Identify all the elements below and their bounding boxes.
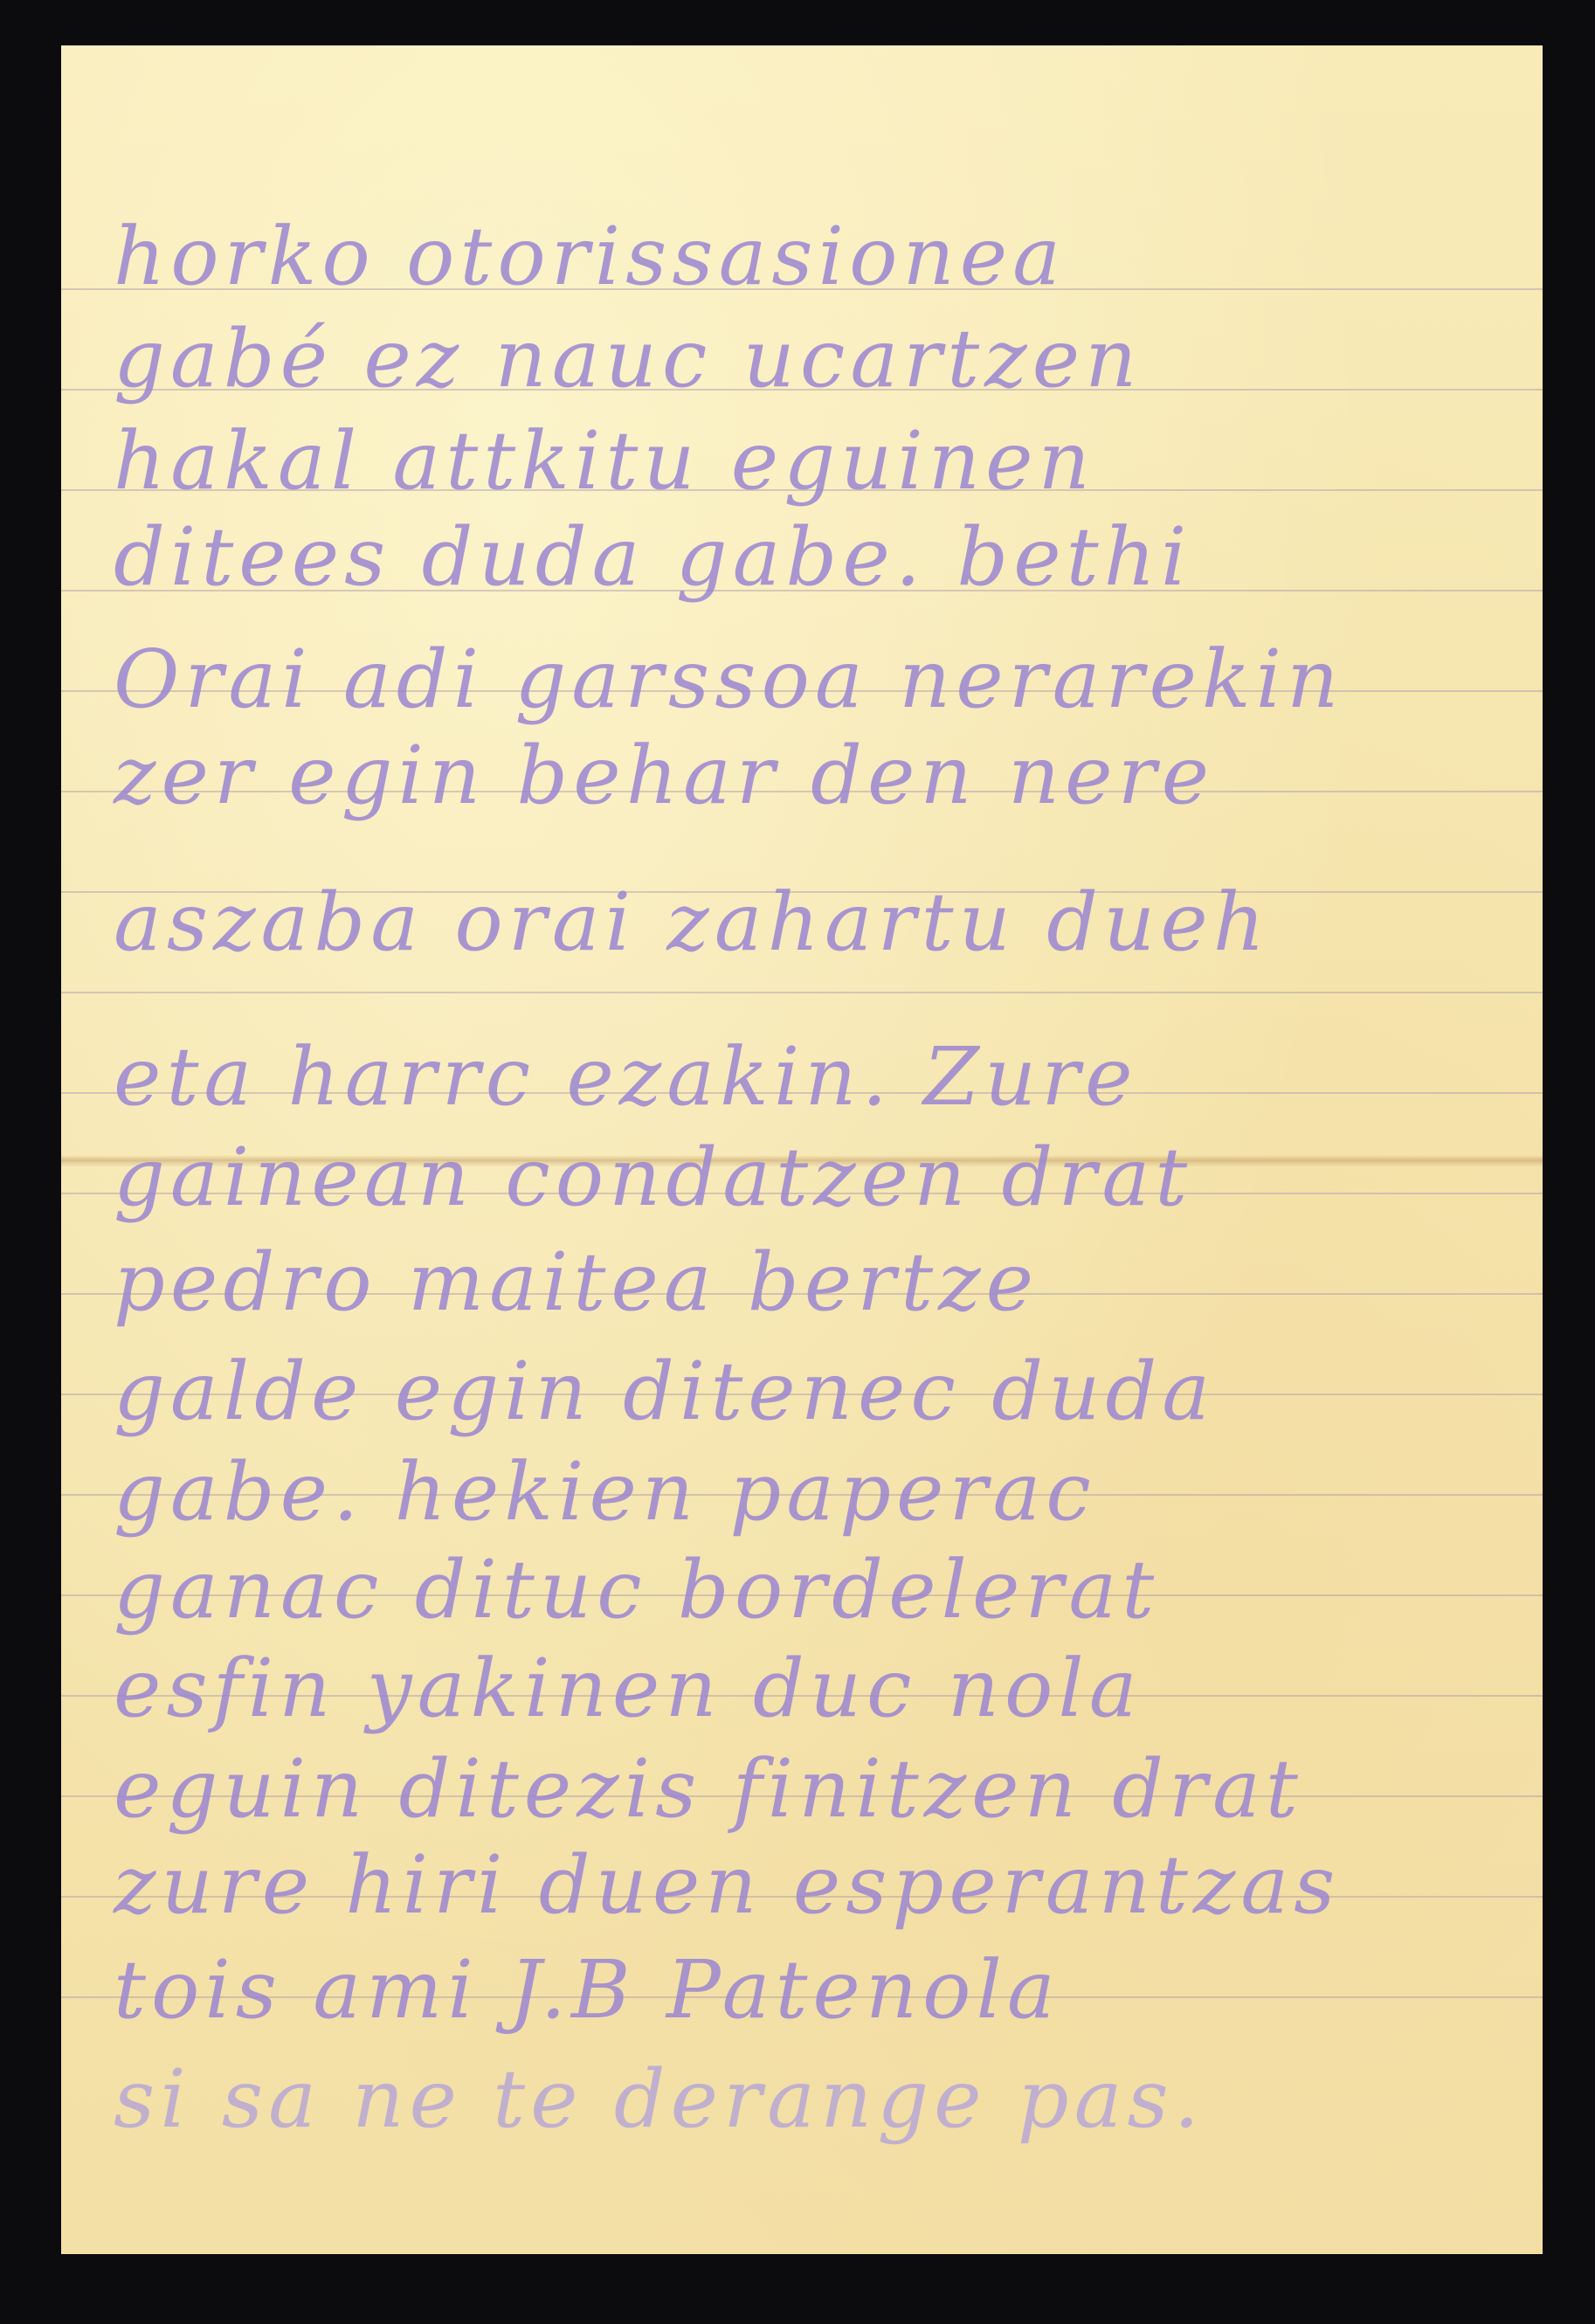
handwritten-line: ganac dituc bordelerat [114, 1550, 1159, 1630]
handwritten-line: tois ami J.B Patenola [114, 1950, 1060, 2030]
handwritten-line: zure hiri duen esperantzas [114, 1845, 1340, 1926]
ruled-line [61, 992, 1543, 993]
handwritten-line: horko otorissasionea [114, 217, 1066, 297]
handwritten-line: gabé ez nauc ucartzen [114, 319, 1142, 399]
handwritten-line: aszaba orai zahartu dueh [114, 882, 1270, 963]
handwritten-line: eguin ditezis finitzen drat [114, 1749, 1303, 1829]
handwritten-postscript: si sa ne te derange pas. [114, 2059, 1205, 2140]
handwritten-line: hakal attkitu eguinen [114, 421, 1095, 501]
handwritten-line: galde egin ditenec duda [114, 1352, 1215, 1432]
handwritten-line: gainean condatzen drat [114, 1138, 1192, 1218]
handwritten-line: zer egin behar den nere [114, 736, 1214, 816]
handwritten-line: Orai adi garssoa nerarekin [114, 640, 1343, 720]
handwritten-line: gabe. hekien paperac [114, 1452, 1096, 1532]
handwritten-line: pedro maitea bertze [114, 1242, 1039, 1323]
handwritten-line: esfin yakinen duc nola [114, 1649, 1143, 1729]
handwritten-line: eta harrc ezakin. Zure [114, 1037, 1138, 1117]
handwritten-line: ditees duda gabe. bethi [114, 517, 1191, 598]
letter-page: horko otorissasionea gabé ez nauc ucartz… [61, 45, 1543, 2254]
